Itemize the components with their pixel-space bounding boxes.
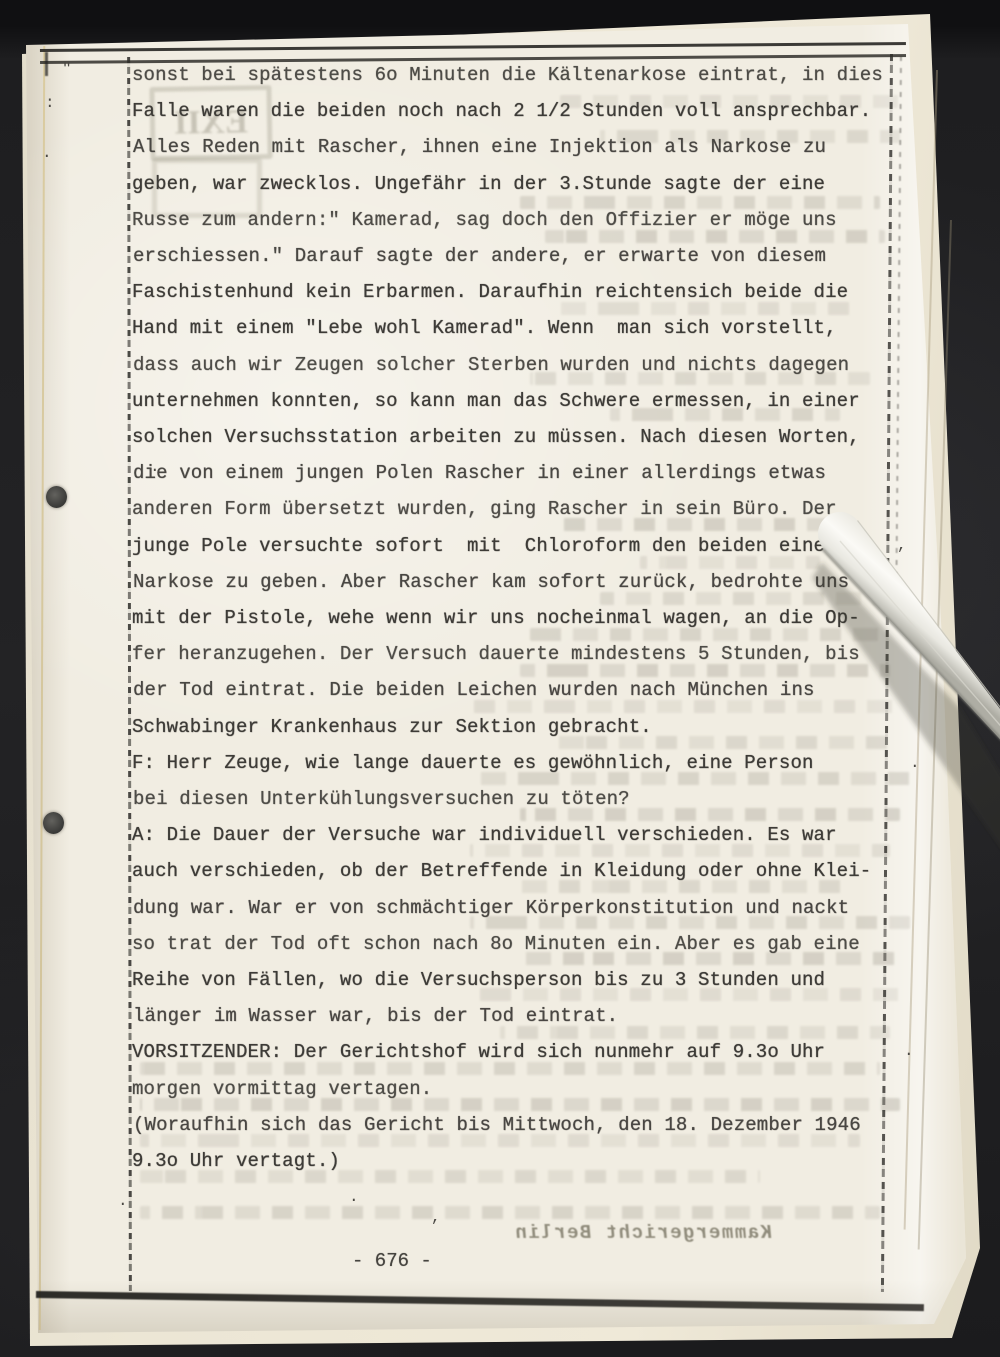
- text-block: sonst bei spätestens 6o Minuten die Kält…: [132, 57, 882, 1179]
- ink-speck: .: [118, 1192, 128, 1210]
- typewritten-line: fer heranzugehen. Der Versuch dauerte mi…: [132, 636, 882, 672]
- typewritten-line: Faschistenhund kein Erbarmen. Daraufhin …: [132, 274, 882, 310]
- typewritten-line: der Tod eintrat. Die beiden Leichen wurd…: [133, 672, 883, 708]
- typewritten-line: solchen Versuchsstation arbeiten zu müss…: [132, 419, 882, 455]
- typewritten-line: Russe zum andern:" Kamerad, sag doch den…: [132, 202, 882, 238]
- typewritten-line: F: Herr Zeuge, wie lange dauerte es gewö…: [132, 745, 882, 781]
- typewritten-line: geben, war zwecklos. Ungefähr in der 3.S…: [132, 166, 882, 202]
- typewritten-line: auch verschieden, ob der Betreffende in …: [132, 853, 882, 889]
- ink-speck: ": [62, 60, 72, 78]
- typewritten-line: erschiessen." Darauf sagte der andere, e…: [133, 238, 883, 274]
- ink-speck: .: [349, 1188, 359, 1206]
- typewritten-line: Narkose zu geben. Aber Rascher kam sofor…: [133, 564, 883, 600]
- typewritten-line: morgen vormittag vertagen.: [132, 1071, 882, 1107]
- typewritten-line: VORSITZENDER: Der Gerichtshof wird sich …: [132, 1034, 882, 1070]
- punch-hole: [43, 812, 64, 834]
- ink-speck: .: [910, 754, 920, 772]
- ink-speck: ,: [897, 536, 907, 554]
- typewritten-line: sonst bei spätestens 6o Minuten die Kält…: [132, 57, 882, 93]
- typewritten-line: dung war. War er von schmächtiger Körper…: [133, 890, 883, 926]
- frame-border-corner: [45, 52, 48, 76]
- typewritten-line: länger im Wasser war, bis der Tod eintra…: [133, 998, 883, 1034]
- typewritten-line: Hand mit einem "Lebe wohl Kamerad". Wenn…: [132, 310, 882, 346]
- ink-speck: :: [45, 94, 55, 112]
- page-number: - 676 -: [352, 1250, 432, 1272]
- typewritten-line: anderen Form übersetzt wurden, ging Rasc…: [132, 491, 882, 527]
- typewritten-line: unternehmen konnten, so kann man das Sch…: [132, 383, 882, 419]
- typewritten-line: (Woraufhin sich das Gericht bis Mittwoch…: [133, 1107, 883, 1143]
- punch-hole: [46, 486, 67, 508]
- typewritten-line: die von einem jungen Polen Rascher in ei…: [133, 455, 883, 491]
- typewritten-line: Alles Reden mit Rascher, ihnen eine Inje…: [133, 129, 883, 165]
- typewritten-line: Schwabinger Krankenhaus zur Sektion gebr…: [132, 709, 882, 745]
- typewritten-line: dass auch wir Zeugen solcher Sterben wur…: [133, 347, 883, 383]
- typewritten-line: A: Die Dauer der Versuche war individuel…: [132, 817, 882, 853]
- typewritten-line: 9.3o Uhr vertagt.): [132, 1143, 882, 1179]
- typewritten-line: Reihe von Fällen, wo die Versuchsperson …: [132, 962, 882, 998]
- typewritten-line: mit der Pistole, wehe wenn wir uns noche…: [132, 600, 882, 636]
- ink-speck: ,: [431, 1208, 441, 1226]
- ink-speck: .: [904, 1042, 914, 1060]
- scanned-document-photo: EXII Kammergericht Berlin sonst bei spät…: [0, 0, 1000, 1357]
- typewritten-line: junge Pole versuchte sofort mit Chlorofo…: [132, 528, 882, 564]
- typewritten-line: Falle waren die beiden noch nach 2 1/2 S…: [132, 93, 882, 129]
- ink-speck: .: [150, 458, 160, 476]
- ink-speck: .: [42, 144, 52, 162]
- typewritten-line: so trat der Tod oft schon nach 8o Minute…: [132, 926, 882, 962]
- typewritten-line: bei diesen Unterkühlungsversuchen zu töt…: [133, 781, 883, 817]
